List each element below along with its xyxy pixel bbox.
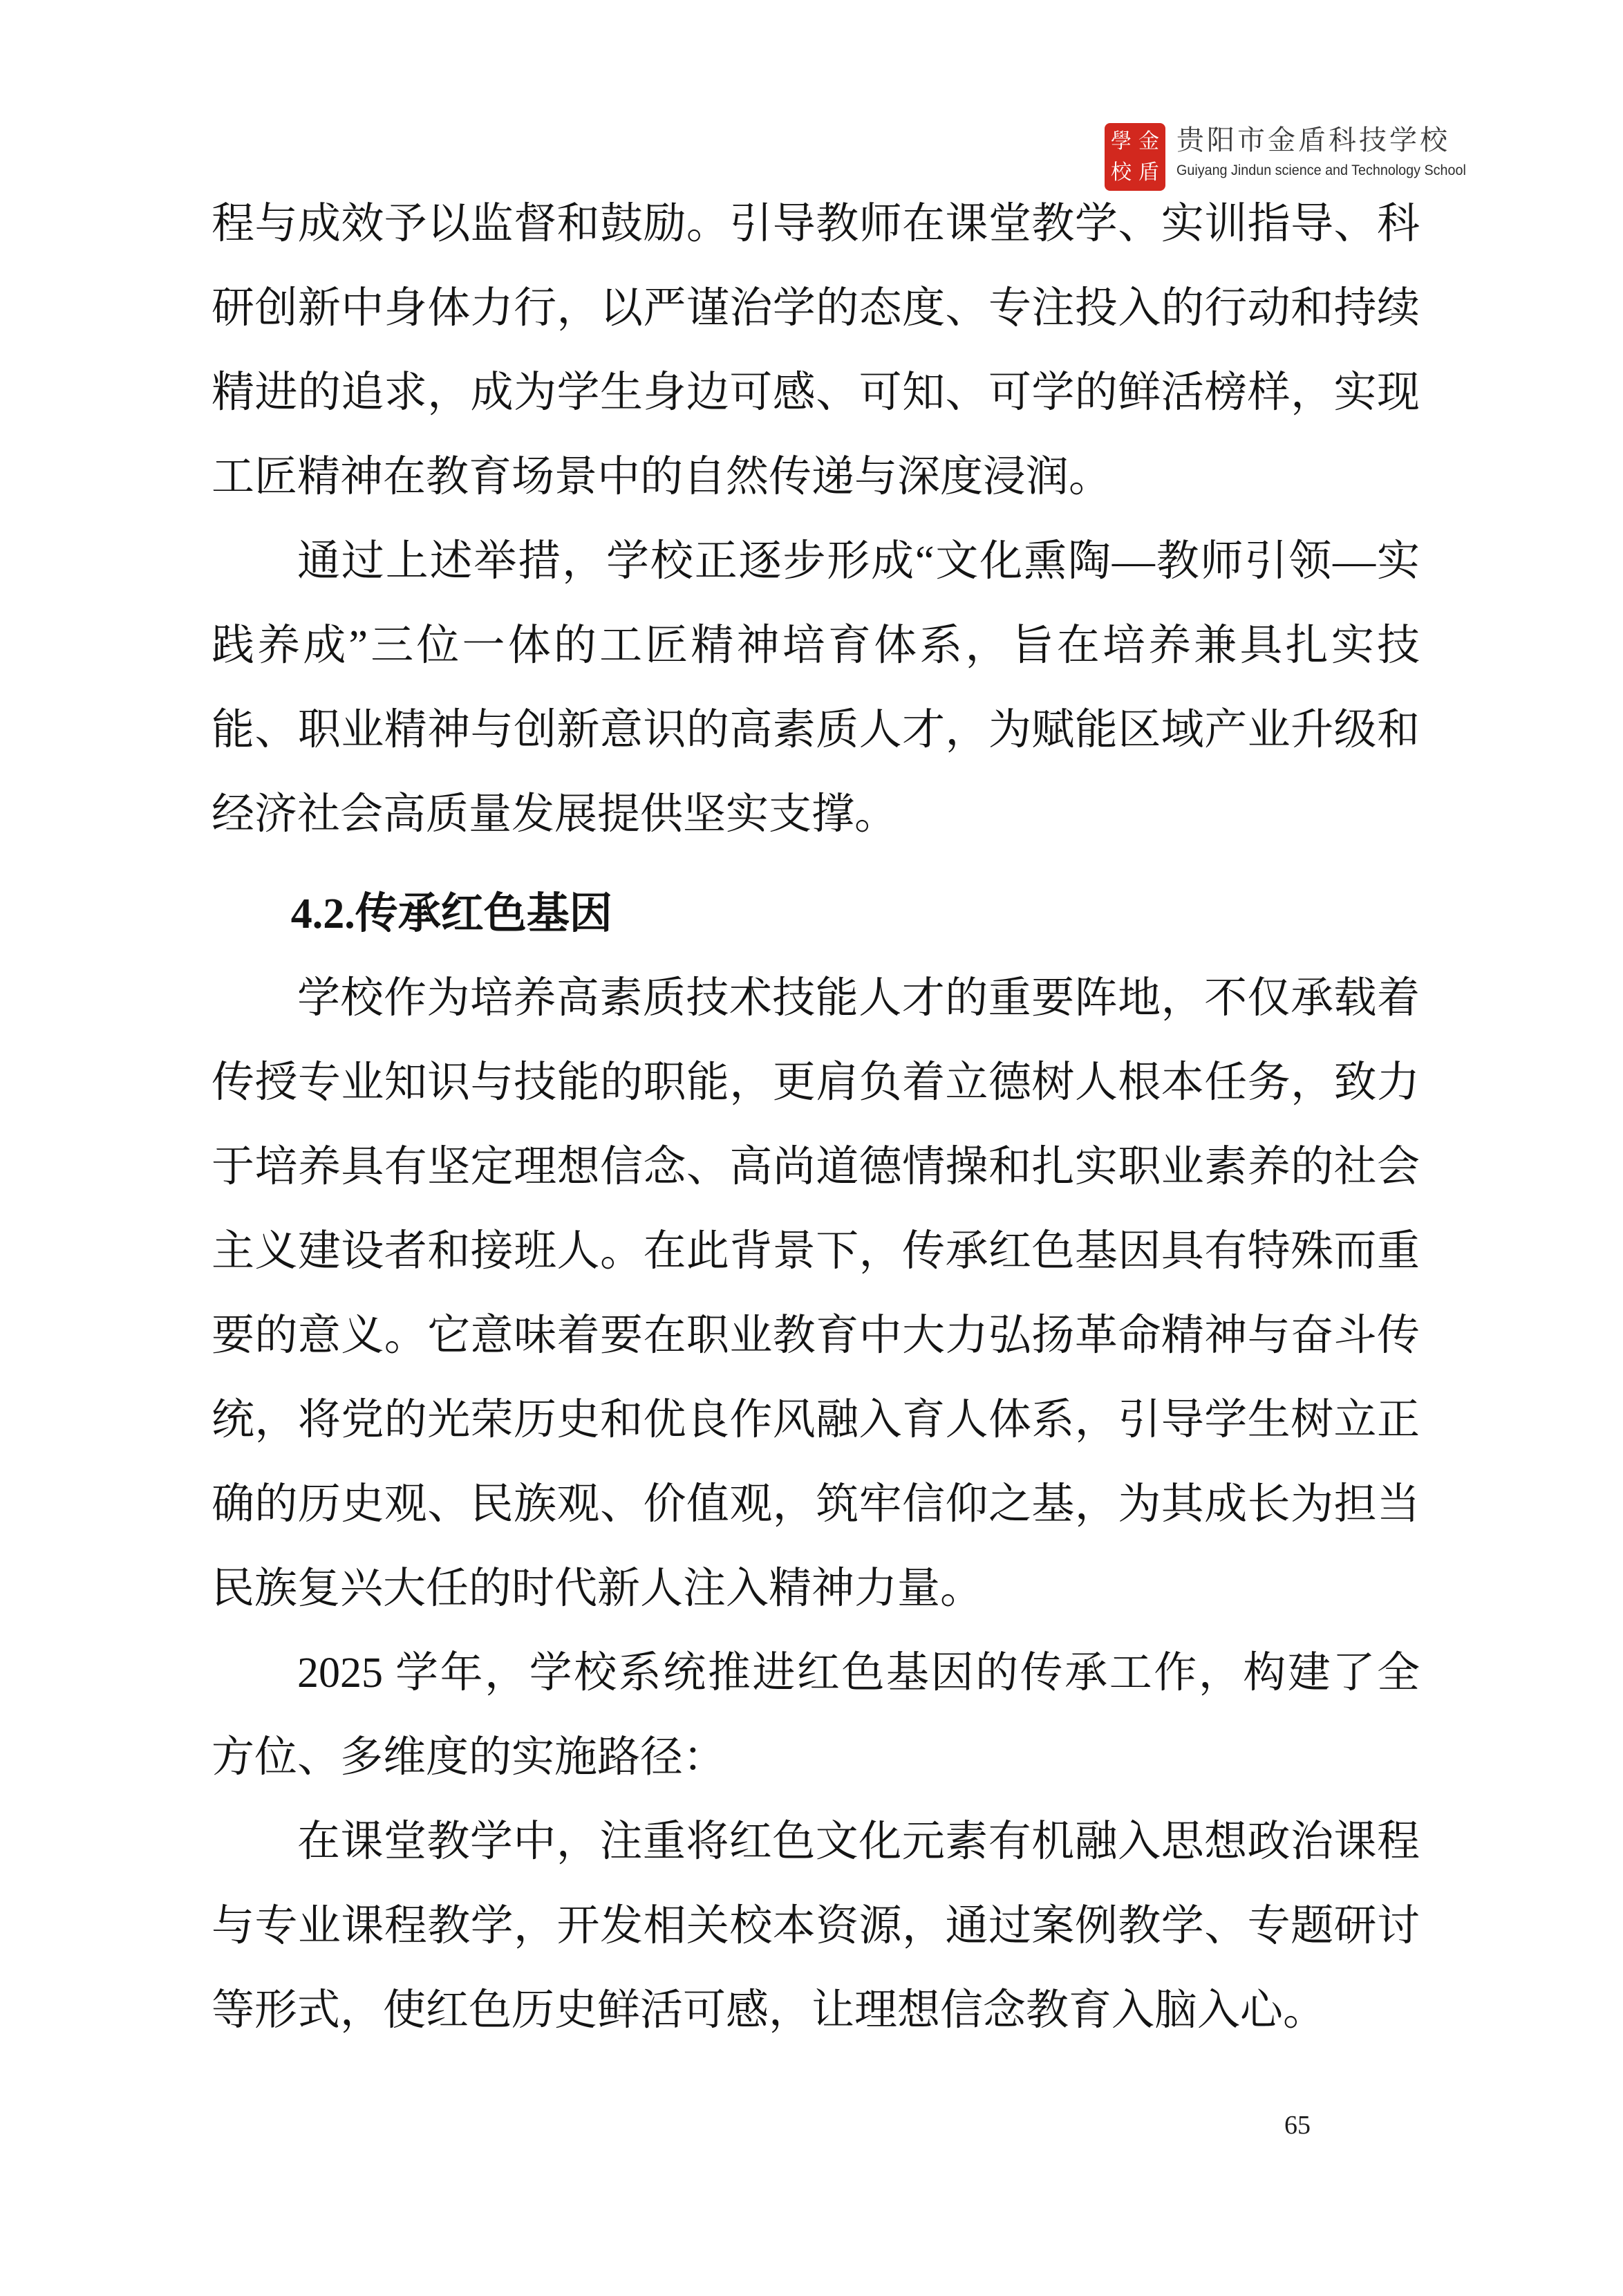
page-header: 學 金 校 盾 贵阳市金盾科技学校 Guiyang Jindun science…	[1105, 123, 1457, 191]
paragraph: 学校作为培养高素质技术技能人才的重要阵地，不仅承载着传授专业知识与技能的职能，更…	[212, 956, 1420, 1631]
seal-char: 學	[1107, 126, 1135, 157]
school-name-zh: 贵阳市金盾科技学校	[1176, 124, 1485, 156]
paragraph-continuation: 程与成效予以监督和鼓励。引导教师在课堂教学、实训指导、科研创新中身体力行，以严谨…	[212, 182, 1420, 519]
school-seal-logo-icon: 學 金 校 盾	[1105, 123, 1165, 191]
seal-char: 金	[1135, 126, 1163, 157]
school-name-block: 贵阳市金盾科技学校 Guiyang Jindun science and Tec…	[1176, 123, 1485, 179]
section-heading: 4.2.传承红色基因	[212, 872, 1420, 956]
paragraph: 2025 学年，学校系统推进红色基因的传承工作，构建了全方位、多维度的实施路径：	[212, 1631, 1420, 1800]
school-name-en: Guiyang Jindun science and Technology Sc…	[1176, 162, 1466, 179]
document-body: 程与成效予以监督和鼓励。引导教师在课堂教学、实训指导、科研创新中身体力行，以严谨…	[212, 182, 1420, 2053]
document-page: { "header": { "seal_color": "#d2281e", "…	[0, 0, 1623, 2296]
paragraph: 在课堂教学中，注重将红色文化元素有机融入思想政治课程与专业课程教学，开发相关校本…	[212, 1800, 1420, 2053]
paragraph: 通过上述举措，学校正逐步形成“文化熏陶—教师引领—实践养成”三位一体的工匠精神培…	[212, 519, 1420, 857]
page-number: 65	[1284, 2110, 1311, 2140]
